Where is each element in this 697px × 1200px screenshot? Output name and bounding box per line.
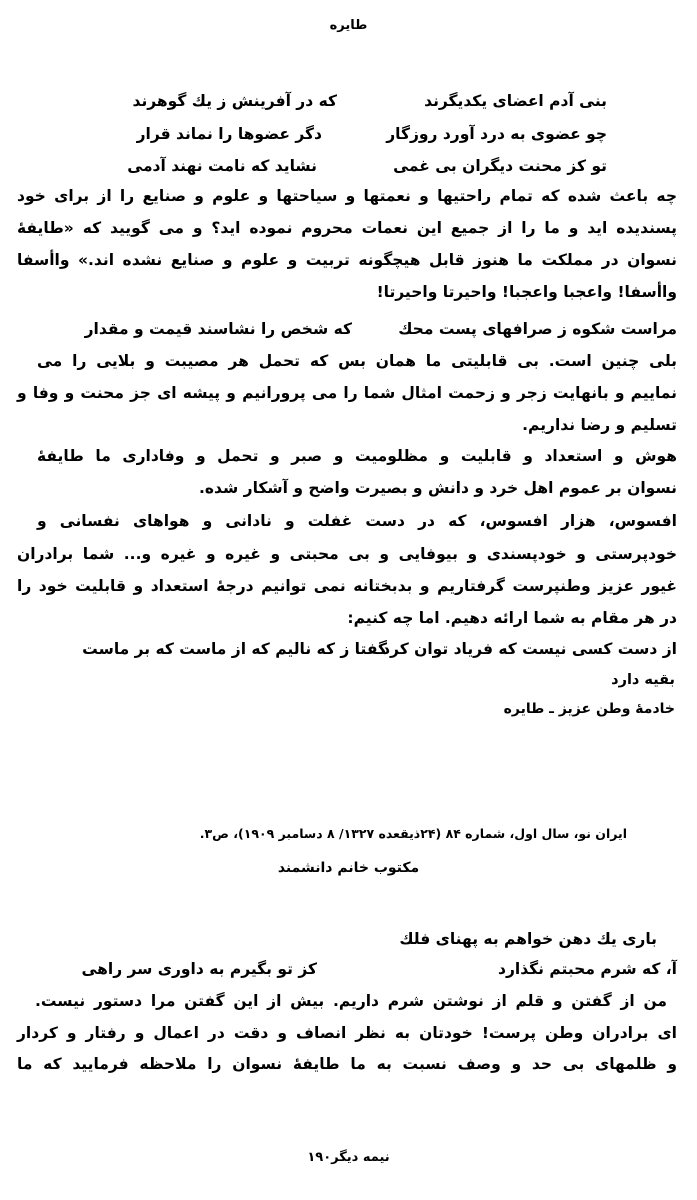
text-line: نماییم و بانهایت زجر و زحمت امثال شما را… — [17, 384, 677, 402]
verse-right: بنی آدم اعضای یکدیگرند — [424, 92, 607, 110]
verse-left: کز تو بگیرم به داوری سر راهی — [81, 960, 317, 978]
verse-right: آ، که شرم محبتم نگذارد — [498, 960, 677, 978]
text-line: چه باعث شده که تمام راحتیها و نعمتها و س… — [17, 187, 677, 205]
text-line: نسوان در مملکت ما هنوز قابل هیچگونه تربی… — [17, 251, 677, 269]
text-line: ای برادران وطن پرست! خودتان به نظر انصاف… — [17, 1024, 677, 1042]
text-line: پسندیده اید و ما را از جمیع این نعمات مح… — [17, 219, 677, 237]
text-line: واأسفا! واعجبا واعجبا! واحیرتا واحیرتا! — [17, 283, 677, 301]
text-line: در هر مقام به شما ارائه دهیم. اما چه کنی… — [17, 609, 677, 627]
verse-right: مراست شکوه ز صرافهای پست محك — [398, 320, 677, 338]
verse-left: که شخص را نشاسند قیمت و مقدار — [85, 320, 352, 338]
text-line: نسوان بر عموم اهل خرد و دانش و بصیرت واض… — [17, 479, 677, 497]
verse-left: گفتا ز که نالیم که از ماست که بر ماست — [82, 640, 387, 658]
verse-right: از دست کسی نیست که فریاد توان کرد — [382, 640, 677, 658]
verse-left: نشاید که نامت نهند آدمی — [127, 157, 317, 175]
text-line: بلی چنین است. بی قابلیتی ما همان بس که ت… — [37, 352, 677, 370]
text-line: من از گفتن و قلم از نوشتن شرم داریم. بیش… — [35, 992, 667, 1010]
verse-right: چو عضوی به درد آورد روزگار — [386, 125, 607, 143]
text-line: هوش و استعداد و قابلیت و مظلومیت و صبر و… — [37, 447, 677, 465]
verse-intro: باری یك دهن خواهم به پهنای فلك — [399, 930, 657, 948]
signature: خادمهٔ وطن عزیز ـ طایره — [504, 701, 675, 717]
to-be-continued: بقیه دارد — [611, 672, 675, 688]
text-line: تسلیم و رضا نداریم. — [17, 416, 677, 434]
page-footer: نیمه دیگر۱۹۰ — [0, 1150, 697, 1165]
text-line: افسوس، هزار افسوس، که در دست غفلت و نادا… — [37, 512, 677, 530]
verse-left: دگر عضوها را نماند قرار — [137, 125, 322, 143]
source-citation: ایران نو، سال اول، شماره ۸۴ (۲۴ذیقعده ۱۳… — [200, 826, 627, 841]
text-line: خودپرستی و خودپسندی و بیوفایی و بی محبتی… — [17, 545, 677, 563]
text-line: و ظلمهای بی حد و وصف نسبت به ما طایفهٔ ن… — [17, 1055, 677, 1073]
verse-left: که در آفرینش ز یك گوهرند — [132, 92, 337, 110]
page-header: طایره — [0, 18, 697, 33]
document-page: طایره بنی آدم اعضای یکدیگرند که در آفرین… — [0, 0, 697, 1200]
verse-right: تو کز محنت دیگران بی غمی — [393, 157, 607, 175]
section-title: مکتوب خانم دانشمند — [0, 860, 697, 876]
text-line: غیور عزیز وطنپرست گرفتاریم و بدبختانه نم… — [17, 577, 677, 595]
